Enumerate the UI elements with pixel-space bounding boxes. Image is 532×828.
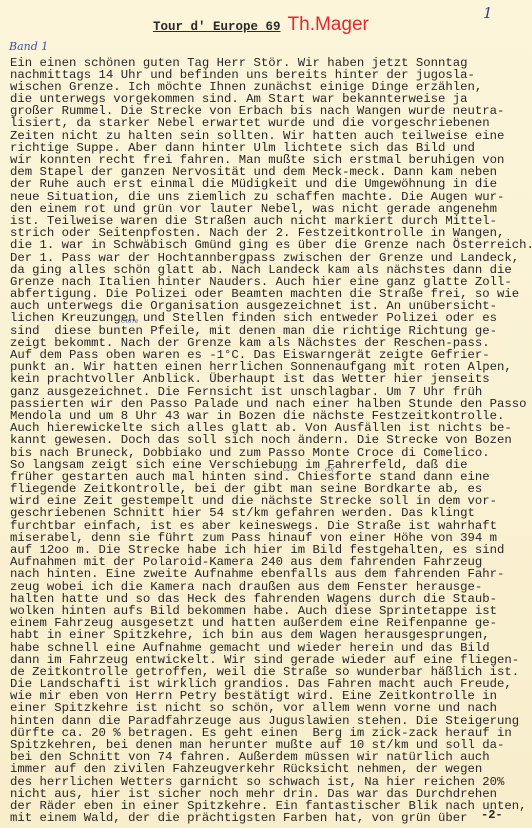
text-line: furchtbar einfach, ist es aber keinesweg…	[10, 520, 532, 532]
document-page: 1 Tour d' Europe 69 Th.Mager Band 1 Corr…	[0, 0, 532, 828]
text-line: nach hinten. Eine zweite Aufnahme ebenfa…	[10, 568, 532, 580]
text-line: neue Situation, die uns ziemlich zu scha…	[10, 191, 532, 203]
text-line: Ein einen schönen guten Tag Herr Stör. W…	[10, 57, 532, 69]
text-line: des herrlichen Wetters garnicht so schwa…	[10, 776, 532, 788]
text-line: ganz ausgezeichnet. Die Fernsicht ist un…	[10, 386, 532, 398]
document-title: Tour d' Europe 69	[153, 20, 281, 34]
text-line: bis nach Bruneck, Dobbiako und zum Passo…	[10, 447, 532, 459]
text-line: kein prachtvoller Anblick. Überhaupt ist…	[10, 373, 532, 385]
text-line: zeug wobei ich die Kamera nach draußen a…	[10, 581, 532, 593]
text-line: habt in einer Spitzkehre, ich bin aus de…	[10, 629, 532, 641]
text-line: der Ruhe auch erst einmal die Müdigkeit …	[10, 178, 532, 190]
text-line: lisiert, da starker Nebel erwartet wurde…	[10, 117, 532, 129]
author-label: Th.Mager	[288, 14, 369, 36]
text-line: sind diese bunten Pfeile, mit denen man …	[10, 325, 532, 337]
text-line: geschriebenen Schnitt hier 54 st/km gefa…	[10, 507, 532, 519]
text-line: habe schnell eine Aufnahme gemacht und w…	[10, 642, 532, 654]
typewritten-body: Ein einen schönen guten Tag Herr Stör. W…	[10, 57, 532, 825]
text-line: Der 1. Pass war der Hochtannbergpass zwi…	[10, 252, 532, 264]
text-line: immer auf den zivilen Fahzeugverkehr Rüc…	[10, 763, 532, 775]
text-line: Zeiten nicht zu halten sein sollten. Wir…	[10, 130, 532, 142]
band-label: Band 1	[9, 40, 48, 53]
footer-page-number: -2-	[481, 808, 503, 822]
text-line: lichen Kreuzungen und Stellen finden sic…	[10, 312, 532, 324]
handwritten-page-number: 1	[483, 4, 493, 22]
text-line: die 1. war in Schwäbisch Gmünd ging es ü…	[10, 239, 532, 251]
text-line: kannt gewesen. Doch das soll sich noch ä…	[10, 434, 532, 446]
document-header: Tour d' Europe 69 Th.Mager	[153, 14, 369, 38]
text-line: mit einem Wald, der die prächtigsten Far…	[10, 812, 532, 824]
text-line: hinten dann die Paradfahrzeuge aus Jugus…	[10, 715, 532, 727]
text-line: einer Spitzkehre ist nicht so schön, vor…	[10, 702, 532, 714]
